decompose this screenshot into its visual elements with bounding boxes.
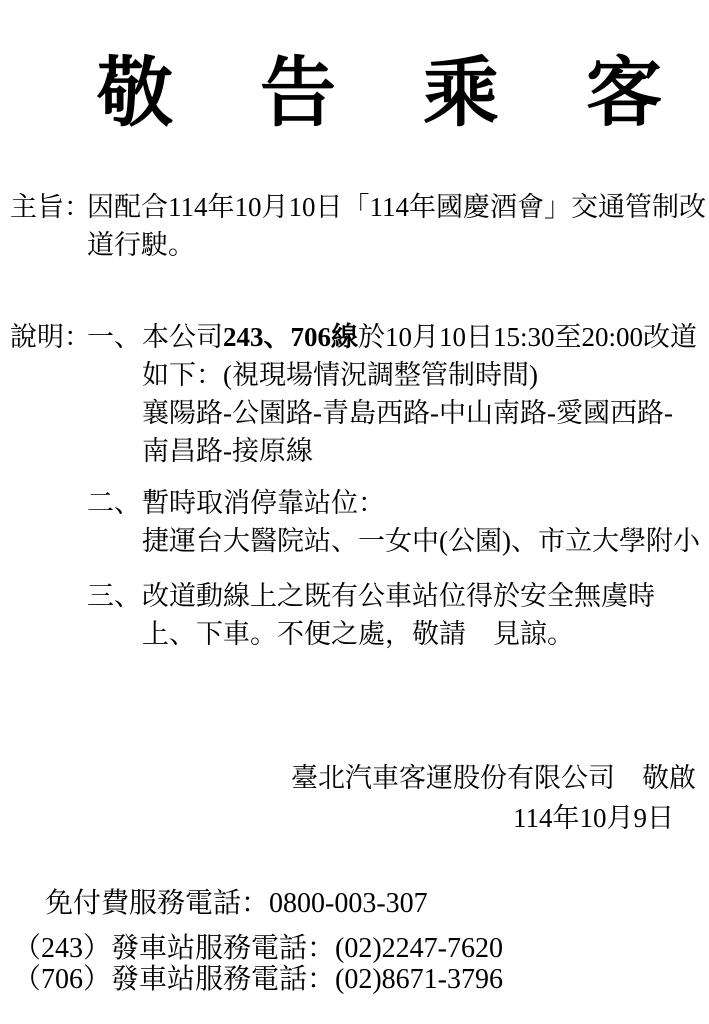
- explanation-item-1: 一、 本公司243、706線於10月10日15:30至20:00改道 如下：(視…: [87, 318, 703, 470]
- item-3-line-2: 上、下車。不便之處，敬請 見諒。: [142, 615, 703, 653]
- explanation-items: 一、 本公司243、706線於10月10日15:30至20:00改道 如下：(視…: [87, 318, 703, 653]
- contact-section: 免付費服務電話：0800-003-307 （243）發車站服務電話：(02)22…: [10, 888, 703, 995]
- item-1-content: 本公司243、706線於10月10日15:30至20:00改道 如下：(視現場情…: [142, 318, 703, 470]
- subject-line-1: 因配合114年10月10日「114年國慶酒會」交通管制改: [87, 188, 706, 226]
- item-3-line-1: 改道動線上之既有公車站位得於安全無虞時: [142, 577, 703, 615]
- page-title: 敬告乘客: [10, 40, 703, 148]
- explanation-item-2: 二、 暫時取消停靠站位： 捷運台大醫院站、一女中(公園)、市立大學附小: [87, 484, 703, 560]
- explanation-label: 說明：: [10, 318, 87, 356]
- toll-free-phone: 免付費服務電話：0800-003-307: [45, 888, 703, 919]
- item-1-line-4-detour-route: 南昌路-接原線: [142, 432, 703, 470]
- route-numbers: 243、706線: [223, 322, 358, 352]
- subject-label: 主旨：: [10, 188, 87, 226]
- item-1-line-3-detour-route: 襄陽路-公園路-青島西路-中山南路-愛國西路-: [142, 394, 703, 432]
- signature-block: 臺北汽車客運股份有限公司 敬啟 114年10月9日: [10, 758, 703, 838]
- phone-route-706: （706）發車站服務電話：(02)8671-3796: [13, 964, 703, 995]
- item-3-number: 三、: [87, 577, 142, 615]
- phone-route-243: （243）發車站服務電話：(02)2247-7620: [13, 933, 703, 964]
- company-name: 臺北汽車客運股份有限公司 敬啟: [10, 758, 703, 798]
- subject-line-2: 道行駛。: [87, 226, 706, 264]
- item-2-number: 二、: [87, 484, 142, 522]
- item-2-line-1: 暫時取消停靠站位：: [142, 484, 703, 522]
- item-3-content: 改道動線上之既有公車站位得於安全無虞時 上、下車。不便之處，敬請 見諒。: [142, 577, 703, 653]
- item-1-line-1-prefix: 本公司: [142, 322, 223, 352]
- subject-content: 因配合114年10月10日「114年國慶酒會」交通管制改 道行駛。: [87, 188, 706, 264]
- item-1-number: 一、: [87, 318, 142, 356]
- notice-page: 敬告乘客 主旨： 因配合114年10月10日「114年國慶酒會」交通管制改 道行…: [0, 0, 709, 1024]
- explanation-item-3: 三、 改道動線上之既有公車站位得於安全無虞時 上、下車。不便之處，敬請 見諒。: [87, 577, 703, 653]
- subject-section: 主旨： 因配合114年10月10日「114年國慶酒會」交通管制改 道行駛。: [10, 188, 703, 264]
- explanation-section: 說明： 一、 本公司243、706線於10月10日15:30至20:00改道 如…: [10, 318, 703, 653]
- notice-date: 114年10月9日: [10, 798, 703, 838]
- depot-phones: （243）發車站服務電話：(02)2247-7620 （706）發車站服務電話：…: [13, 933, 703, 995]
- item-1-line-1-rest: 於10月10日15:30至20:00改道: [358, 322, 697, 352]
- item-2-content: 暫時取消停靠站位： 捷運台大醫院站、一女中(公園)、市立大學附小: [142, 484, 703, 560]
- item-2-line-2-cancelled-stops: 捷運台大醫院站、一女中(公園)、市立大學附小: [142, 522, 703, 560]
- item-1-line-1: 本公司243、706線於10月10日15:30至20:00改道: [142, 318, 703, 356]
- item-1-line-2: 如下：(視現場情況調整管制時間): [142, 356, 703, 394]
